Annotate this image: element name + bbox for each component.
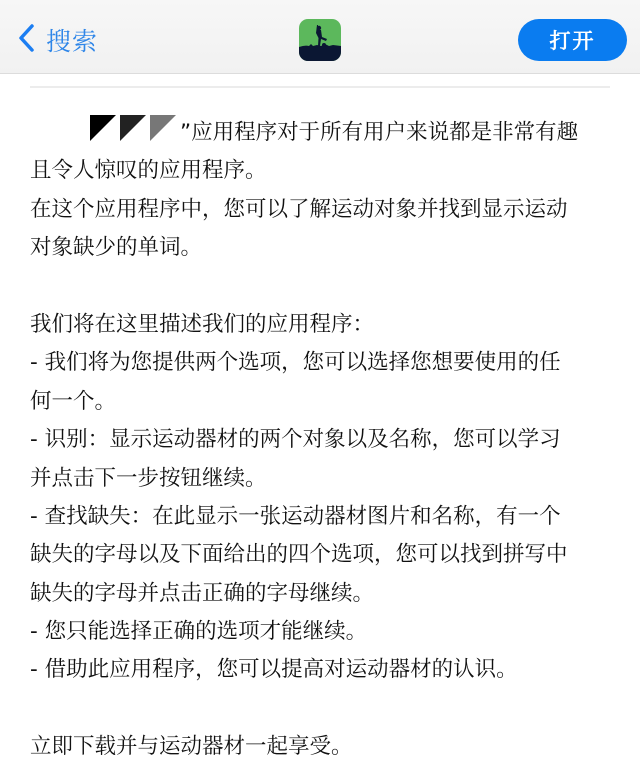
description-line: ”应用程序对于所有用户来说都是非常有趣 [30, 114, 620, 152]
soccer-player-icon [299, 19, 341, 61]
description-line: 且令人惊叹的应用程序。 [30, 152, 620, 190]
divider [30, 86, 610, 88]
description-line: 对象缺少的单词。 [30, 229, 620, 267]
chevron-left-icon [16, 23, 38, 57]
blank-line [30, 268, 620, 306]
description-line: - 查找缺失：在此显示一张运动器材图片和名称，有一个 [30, 498, 620, 536]
description-line: 立即下载并与运动器材一起享受。 [30, 728, 620, 766]
open-button[interactable]: 打开 [518, 19, 627, 61]
description-line: 缺失的字母并点击正确的字母继续。 [30, 575, 620, 613]
description-line: 并点击下一步按钮继续。 [30, 460, 620, 498]
navigation-header: 搜索 打开 [0, 0, 640, 74]
description-line: 在这个应用程序中，您可以了解运动对象并找到显示运动 [30, 191, 620, 229]
redacted-logo-icon [90, 115, 180, 141]
description-line: 何一个。 [30, 383, 620, 421]
back-button[interactable]: 搜索 [16, 22, 98, 58]
description-line: 缺失的字母以及下面给出的四个选项，您可以找到拼写中 [30, 536, 620, 574]
description-line: - 借助此应用程序，您可以提高对运动器材的认识。 [30, 651, 620, 689]
blank-line [30, 690, 620, 728]
description-line: 我们将在这里描述我们的应用程序： [30, 306, 620, 344]
description-line: - 您只能选择正确的选项才能继续。 [30, 613, 620, 651]
description-line: - 我们将为您提供两个选项，您可以选择您想要使用的任 [30, 344, 620, 382]
description-line: - 识别：显示运动器材的两个对象以及名称，您可以学习 [30, 421, 620, 459]
app-description: ”应用程序对于所有用户来说都是非常有趣 且令人惊叹的应用程序。 在这个应用程序中… [30, 114, 620, 767]
back-label: 搜索 [46, 22, 98, 58]
